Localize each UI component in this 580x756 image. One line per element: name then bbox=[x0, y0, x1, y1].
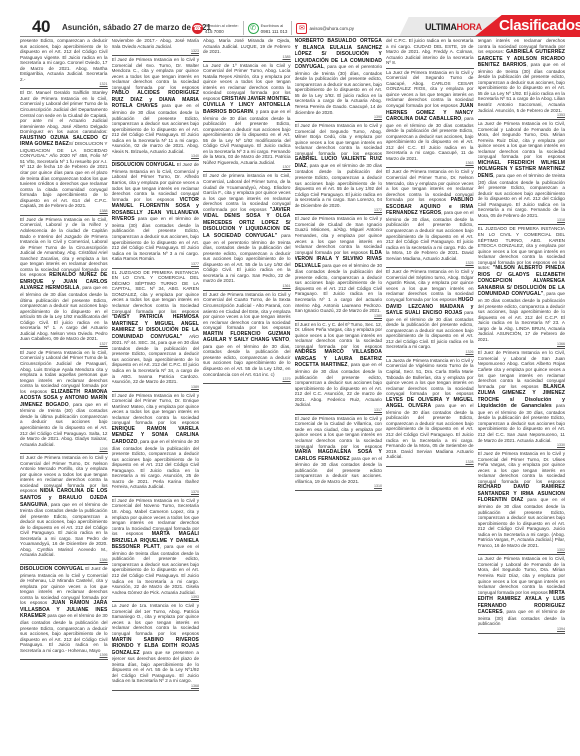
legal-notice: NORBERTO BASUALDO ORTEGA Y BLANCA EULALI… bbox=[295, 38, 383, 122]
notice-code: 1366 bbox=[478, 342, 566, 346]
notice-text: La Jueza de Primera Instancia en lo Civi… bbox=[386, 358, 474, 396]
notice-text: , para que en el término de treinta (30)… bbox=[478, 62, 566, 112]
notice-code: 1379 bbox=[203, 377, 291, 381]
page-header: 40 Asunción, sábado 27 de marzo de 2021 … bbox=[20, 15, 580, 37]
contact-whatsapp[interactable]: ✆ Escribinos al 0981 111 013 bbox=[244, 21, 293, 35]
notice-code: 1328 bbox=[386, 460, 474, 464]
notice-text: , para que en el término de treinta días… bbox=[20, 502, 108, 558]
contact-phone-label: Atención al cliente: bbox=[205, 23, 239, 28]
legal-notice: DISOLUCION CONYUGAL El Juez de primera I… bbox=[20, 565, 108, 660]
notice-text: , para que en el término de treinta (30)… bbox=[20, 402, 108, 447]
legal-notice: tengan interés en reclamar derechos cont… bbox=[478, 38, 566, 120]
notice-code: 1389 bbox=[112, 385, 200, 389]
notice-text: para que en el término de 30 días contad… bbox=[386, 403, 474, 459]
notice-text: para que en el término de 30 días contad… bbox=[386, 310, 474, 349]
notice-text: El Juez de Primera Instancia en lo Civil… bbox=[295, 416, 383, 449]
notice-code: 1386 bbox=[20, 558, 108, 562]
notice-text: para que en el perentorio término de tre… bbox=[203, 233, 291, 283]
column-3: Abog. María José Miranda de Ojeda, Actua… bbox=[203, 38, 291, 756]
notice-text: , para que en el término de 30 días cont… bbox=[112, 439, 200, 489]
notice-code: 1395 bbox=[20, 653, 108, 657]
notice-text: , para que en el término de 30 días cont… bbox=[20, 285, 108, 341]
notice-text: para que en el término de 30 días contad… bbox=[112, 103, 200, 153]
legal-notice: El Juez de Primera Instancia en lo Civil… bbox=[478, 450, 566, 555]
notice-parties: DISOLUCION CONYUGAL bbox=[112, 162, 176, 168]
notice-text: , para que en el perentorio término de t… bbox=[295, 64, 383, 114]
notice-text: El Dr. Manuel Geraldo Saiffidin Stanley … bbox=[20, 90, 108, 134]
logo-ultima: ULTIMA bbox=[425, 22, 457, 32]
notice-code: 1390 bbox=[295, 115, 383, 119]
contact-strip: ☎ Atención al cliente: 415 7000 ✆ Escrib… bbox=[188, 19, 358, 37]
notice-text: El Juez de Primera Instancia en lo Civil… bbox=[295, 216, 383, 254]
legal-notice: El Juez de Primera Instancia en lo Civil… bbox=[386, 268, 474, 357]
legal-notice: DISOLUCION CONYUGAL El Juez de Primera I… bbox=[112, 161, 200, 268]
notice-text: , para que en el término de 30 días, con… bbox=[203, 337, 291, 376]
logo-hora: HORA bbox=[457, 22, 482, 32]
whatsapp-icon: ✆ bbox=[248, 23, 259, 34]
mail-icon: ✉ bbox=[296, 23, 307, 34]
legal-notice: La Juez de 1ra. Instancia en lo Civil y … bbox=[112, 602, 200, 691]
legal-notice: El Juez de Primera Instancia en lo Civil… bbox=[20, 216, 108, 349]
notice-code: 1323 bbox=[112, 49, 200, 53]
notice-code: 1353 bbox=[478, 113, 566, 117]
legal-notice: Noviembre de 2017.- Abog. José María Ira… bbox=[112, 38, 200, 56]
column-4: NORBERTO BASUALDO ORTEGA Y BLANCA EULALI… bbox=[295, 38, 383, 756]
legal-notice: El Dr. Manuel Geraldo Saiffidin Stanley … bbox=[20, 89, 108, 215]
notice-text: , para que en el término de 30 días cont… bbox=[295, 362, 383, 407]
notice-code: 1317 bbox=[295, 408, 383, 412]
notice-code: 1318 bbox=[478, 218, 566, 222]
notice-text: , para que en el término de 30 días, con… bbox=[386, 210, 474, 260]
notice-text: La Juez de 1ra. Instancia en lo Civil y … bbox=[112, 603, 200, 636]
section-banner: ULTIMAHORA Clasificados bbox=[399, 15, 580, 37]
notice-code: 1326 bbox=[386, 350, 474, 354]
notice-code: 1325 bbox=[386, 261, 474, 265]
legal-notice: El Juez de Primera Instancia en lo Civil… bbox=[20, 349, 108, 454]
notice-parties: MARTIN FLORENCIO GUZMAN AGUILAR Y SAILY … bbox=[203, 331, 291, 344]
notice-code: 1330 bbox=[478, 443, 566, 447]
legal-notice: La Jueza de Primera Instancia en lo Civi… bbox=[386, 357, 474, 467]
newspaper-page: 40 Asunción, sábado 27 de marzo de 2021 … bbox=[0, 0, 580, 756]
notice-text: , para que en el término de 30 días cont… bbox=[295, 163, 383, 208]
notice-text: , para que en el término de treinta (30)… bbox=[478, 173, 566, 218]
notice-text: El Juez de Primera Instancia en lo Civil… bbox=[112, 393, 200, 426]
notice-code: 1302 bbox=[478, 548, 566, 552]
notice-parties: DISOLUCION CONYUGAL bbox=[20, 566, 84, 572]
notice-code: 1385 bbox=[203, 55, 291, 59]
notice-text: El Juez de Primera Instancia en lo Civil… bbox=[112, 57, 200, 90]
notice-code: 1370 bbox=[112, 490, 200, 494]
notice-text: El Juez de Primera Instancia en lo Civil… bbox=[295, 123, 383, 156]
column-6: tengan interés en reclamar derechos cont… bbox=[478, 38, 566, 756]
legal-notice: Abog. María José Miranda de Ojeda, Actua… bbox=[203, 38, 291, 62]
notice-text: EL JUZGADO DE PRIMERA INSTANCIA EN LO CI… bbox=[478, 226, 566, 270]
column-1: presente Edicto, comparezcan a deducir s… bbox=[20, 38, 108, 756]
notice-text: para que en el término de 30 días contad… bbox=[295, 263, 383, 313]
legal-notice: El Juez de Primera Instancia en lo Civil… bbox=[295, 215, 383, 320]
legal-notice: El Juez de Primera Instancia en lo Civil… bbox=[203, 291, 291, 384]
notice-text: para que en el término de treinta (30) d… bbox=[112, 216, 200, 261]
notice-text: El Juez de Primera Instancia en lo Civil… bbox=[203, 292, 291, 330]
notice-text: , para que en el término de treinta días… bbox=[112, 544, 200, 594]
notice-text: El Juez de Primera Instancia en lo Civil… bbox=[20, 350, 108, 394]
legal-notice: El Juez de Primera Instancia en lo Civil… bbox=[478, 349, 566, 450]
notice-code: 1321 bbox=[20, 82, 108, 86]
notice-text: AÑO 2021. Nº 44. SEC. 34, para que en 30… bbox=[112, 334, 200, 384]
notice-code: 1307 bbox=[203, 165, 291, 169]
notice-text: , y para que en el término de 30 días co… bbox=[203, 109, 291, 165]
legal-notice: El Juez de Primera Instancia en lo Civil… bbox=[112, 392, 200, 497]
section-title: Clasificados bbox=[499, 17, 580, 34]
notice-text: para que en el término de 30 días contad… bbox=[20, 613, 108, 652]
header-rule bbox=[20, 36, 560, 37]
column-5: del C.P.C. El juicio radica en la secret… bbox=[386, 38, 474, 756]
notice-text: Abog. María José Miranda de Ojeda, Actua… bbox=[203, 38, 291, 54]
contact-phone[interactable]: ☎ Atención al cliente: 415 7000 bbox=[188, 21, 244, 35]
legal-notice: La Juez de Primera Instancia en lo Civil… bbox=[386, 69, 474, 169]
legal-notice: La Juez de Primera Instancia en lo Civil… bbox=[478, 555, 566, 634]
legal-notice: El Juez de Primera Instancia en lo Civil… bbox=[295, 122, 383, 215]
notice-code: 1377 bbox=[112, 262, 200, 266]
notice-text: El Juez de Primera Instancia en lo Civil… bbox=[20, 217, 108, 277]
notice-text: La Juez de Primera Instancia en lo Civil… bbox=[478, 121, 566, 159]
notice-text: El Juez de Primera Instancia en lo Civil… bbox=[478, 451, 566, 484]
notice-code: 1361 bbox=[203, 284, 291, 288]
notice-code: 1340 bbox=[112, 154, 200, 158]
notice-text: para que en el término de 30 días contad… bbox=[478, 497, 566, 547]
legal-notice: El Juez de Primera Instancia en lo Civil… bbox=[20, 454, 108, 565]
notices-columns: presente Edicto, comparezcan a deducir s… bbox=[20, 38, 565, 756]
legal-notice: EL JUZGADO DE PRIMERA INSTANCIA EN LO CI… bbox=[112, 269, 200, 392]
notice-code: 1310 bbox=[295, 484, 383, 488]
legal-notice: del C.P.C. El juicio radica en la secret… bbox=[386, 38, 474, 69]
phone-icon: ☎ bbox=[192, 23, 203, 34]
notice-text: , para que en el término de 30 días cont… bbox=[386, 116, 474, 161]
notice-code: 1380 bbox=[295, 314, 383, 318]
notice-text: S/ DISOLUCION Y LIQUIDACION DE LA SOCIED… bbox=[20, 141, 108, 208]
notice-code: 1298 bbox=[20, 447, 108, 451]
notice-text: EL JUZGADO DE PRIMERA INSTANCIA EN LO CI… bbox=[112, 270, 200, 314]
contact-phone-value: 415 7000 bbox=[205, 29, 239, 34]
legal-notice: El Juez de Primera Instancia en lo Civil… bbox=[112, 497, 200, 602]
contact-whatsapp-label: Escribinos al bbox=[261, 23, 288, 28]
legal-notice: La Juez de Primera Instancia en lo Civil… bbox=[478, 120, 566, 225]
legal-notice: El Juez de Primera Instancia en lo Civil… bbox=[295, 415, 383, 492]
legal-notice: presente Edicto, comparezcan a deducir s… bbox=[20, 38, 108, 89]
legal-notice: El Juez de primera instancia en lo Civil… bbox=[203, 172, 291, 290]
notice-text: , para que en 30 días contados desde la … bbox=[478, 291, 566, 341]
notice-text: El Juez en lo C. y C. del 6º Turno, Sec.… bbox=[295, 322, 383, 349]
notice-code: 1368 bbox=[112, 684, 200, 688]
legal-notice: El Juez en lo C. y C. del 6º Turno, Sec.… bbox=[295, 321, 383, 415]
notice-text: Noviembre de 2017.- Abog. José María Ira… bbox=[112, 38, 200, 49]
notice-code: 1363 bbox=[386, 161, 474, 165]
notice-text: para que en el término de 30 días, conta… bbox=[478, 403, 566, 442]
notice-code: 1393 bbox=[112, 595, 200, 599]
page-number: 40 bbox=[32, 17, 50, 37]
notice-code: 1372 bbox=[295, 208, 383, 212]
notice-text: del C.P.C. El juicio radica en la secret… bbox=[386, 38, 474, 65]
ultimahora-logo: ULTIMAHORA bbox=[425, 22, 482, 32]
notice-code: 1394 bbox=[478, 627, 566, 631]
notice-code: 1327 bbox=[20, 342, 108, 346]
legal-notice: La Juez de 1º Instancia en lo Civil y Co… bbox=[203, 62, 291, 173]
contact-email-value: avisos@uhora.com.py bbox=[309, 26, 354, 31]
notice-code: 1388 bbox=[20, 209, 108, 213]
legal-notice: EL JUZGADO DE PRIMERA INSTANCIA EN LO CI… bbox=[478, 225, 566, 349]
notice-text: presente Edicto, comparezcan a deducir s… bbox=[20, 38, 108, 82]
contact-email[interactable]: ✉ avisos@uhora.com.py bbox=[292, 21, 358, 35]
contact-whatsapp-value: 0981 111 013 bbox=[261, 29, 288, 34]
column-2: Noviembre de 2017.- Abog. José María Ira… bbox=[112, 38, 200, 756]
legal-notice: El Juez de Primera Instancia en lo Civil… bbox=[386, 168, 474, 268]
legal-notice: El Juez de Primera Instancia en lo Civil… bbox=[112, 56, 200, 161]
